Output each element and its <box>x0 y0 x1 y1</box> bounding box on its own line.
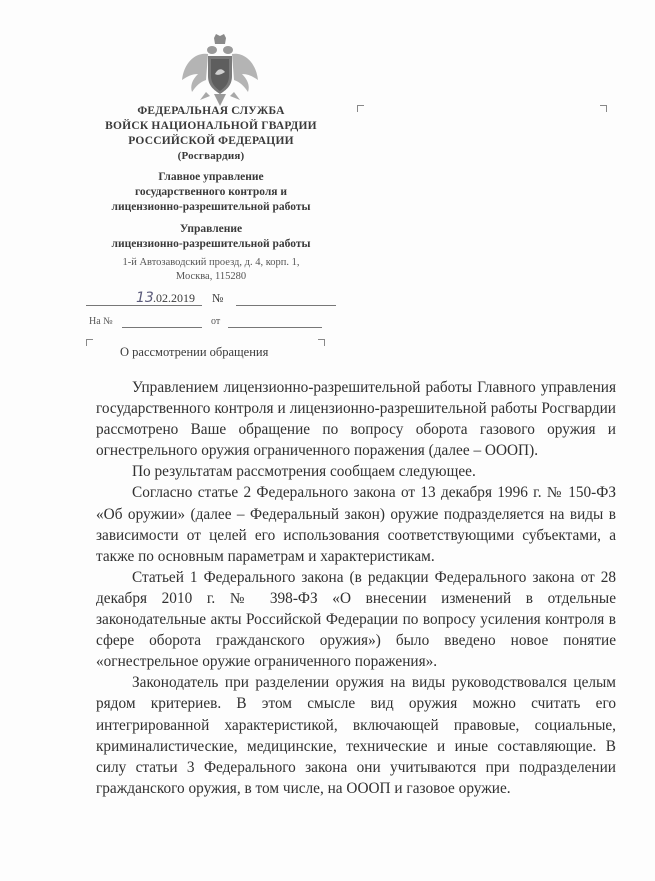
sub-directorate-line-2: лицензионно-разрешительной работы <box>80 237 342 252</box>
addressee-corner-left-mark <box>357 105 364 112</box>
org-line-2: ВОЙСК НАЦИОНАЛЬНОЙ ГВАРДИИ <box>80 119 342 134</box>
sub-directorate-line-1: Управление <box>80 222 342 237</box>
letter-body: Управлением лицензионно-разрешительной р… <box>96 377 616 799</box>
body-paragraph-5: Законодатель при разделении оружия на ви… <box>96 672 616 799</box>
number-field-line <box>236 305 336 306</box>
main-directorate-line-3: лицензионно-разрешительной работы <box>80 200 342 215</box>
address-line-2: Москва, 115280 <box>80 270 342 284</box>
letter-subject: О рассмотрении обращения <box>120 345 268 360</box>
eagle-emblem-icon <box>178 34 262 108</box>
body-paragraph-3: Согласно статье 2 Федерального закона от… <box>96 482 616 566</box>
printed-date: .02.2019 <box>153 291 195 306</box>
date-number-row: 13 .02.2019 № <box>86 290 326 308</box>
body-paragraph-2: По результатам рассмотрения сообщаем сле… <box>96 461 616 482</box>
reply-reference-row: На № от <box>89 316 329 332</box>
subject-corner-right-mark <box>318 339 325 346</box>
main-directorate-line-1: Главное управление <box>80 170 342 185</box>
org-line-3: РОССИЙСКОЙ ФЕДЕРАЦИИ <box>80 134 342 149</box>
address-line-1: 1-й Автозаводский проезд, д. 4, корп. 1, <box>80 256 342 270</box>
addressee-corner-right-mark <box>600 105 607 112</box>
document-page: ФЕДЕРАЛЬНАЯ СЛУЖБА ВОЙСК НАЦИОНАЛЬНОЙ ГВ… <box>0 0 655 881</box>
org-line-1: ФЕДЕРАЛЬНАЯ СЛУЖБА <box>80 104 342 119</box>
org-short-name: (Росгвардия) <box>80 149 342 164</box>
organization-name: ФЕДЕРАЛЬНАЯ СЛУЖБА ВОЙСК НАЦИОНАЛЬНОЙ ГВ… <box>80 104 342 164</box>
date-underline <box>86 305 202 306</box>
reply-to-label: На № <box>89 316 113 327</box>
from-field-line <box>228 327 322 328</box>
main-directorate-line-2: государственного контроля и <box>80 185 342 200</box>
body-paragraph-1: Управлением лицензионно-разрешительной р… <box>96 377 616 461</box>
sub-directorate: Управление лицензионно-разрешительной ра… <box>80 222 342 252</box>
body-paragraph-4: Статьей 1 Федерального закона (в редакци… <box>96 567 616 672</box>
from-label: от <box>211 316 220 327</box>
number-label: № <box>212 291 223 306</box>
reply-to-field-line <box>122 327 202 328</box>
subject-corner-left-mark <box>86 339 93 346</box>
address: 1-й Автозаводский проезд, д. 4, корп. 1,… <box>80 256 342 284</box>
main-directorate: Главное управление государственного конт… <box>80 170 342 215</box>
handwritten-day: 13 <box>136 290 154 306</box>
